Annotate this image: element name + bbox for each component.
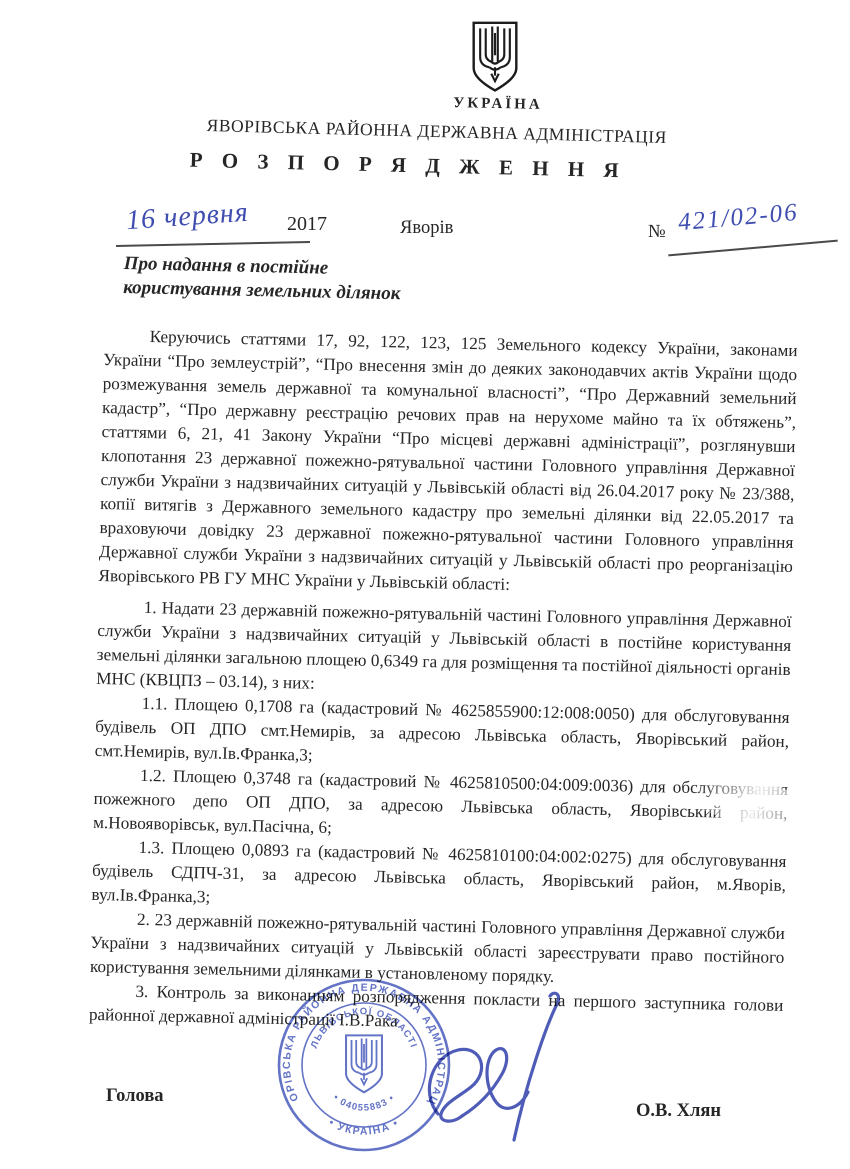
document-city: Яворів bbox=[400, 218, 453, 239]
body-paragraph: Керуючись статтями 17, 92, 122, 123, 125… bbox=[98, 324, 798, 603]
country-label: УКРАЇНА bbox=[437, 95, 559, 115]
stamp-code-text: • 04055883 • bbox=[331, 1092, 397, 1113]
scanned-document-page: УКРАЇНА ЯВОРІВСЬКА РАЙОННА ДЕРЖАВНА АДМІ… bbox=[0, 0, 850, 1169]
document-type-title: Р О З П О Р Я Д Ж Е Н Н Я bbox=[137, 146, 677, 184]
handwritten-number: 421/02-06 bbox=[677, 199, 800, 237]
signer-position-title: Голова bbox=[106, 1086, 164, 1107]
stamp-region-text: ЛЬВІВСЬКОЇ ОБЛАСТІ bbox=[309, 1006, 419, 1050]
number-sign: № bbox=[648, 222, 666, 243]
number-underline bbox=[668, 240, 838, 257]
document-subject: Про надання в постійне користування земе… bbox=[123, 252, 544, 310]
stamp-country-text: • УКРАЇНА • bbox=[327, 1117, 402, 1138]
document-year: 2017 bbox=[287, 213, 327, 236]
stamp-trident-icon bbox=[346, 1035, 382, 1092]
signer-name: О.В. Хлян bbox=[636, 1101, 721, 1122]
body-paragraph: 1. Надати 23 державній пожежно-рятувальн… bbox=[96, 595, 792, 706]
date-underline bbox=[116, 241, 310, 247]
document-body: Керуючись статтями 17, 92, 122, 123, 125… bbox=[89, 324, 798, 1042]
handwritten-signature-icon bbox=[408, 988, 598, 1163]
svg-text:• УКРАЇНА •: • УКРАЇНА • bbox=[327, 1117, 402, 1138]
svg-text:ЛЬВІВСЬКОЇ ОБЛАСТІ: ЛЬВІВСЬКОЇ ОБЛАСТІ bbox=[309, 1006, 419, 1050]
coat-of-arms-icon bbox=[467, 20, 523, 96]
svg-text:• 04055883 •: • 04055883 • bbox=[331, 1092, 397, 1113]
handwritten-date: 16 червня bbox=[125, 197, 250, 237]
organization-name: ЯВОРІВСЬКА РАЙОННА ДЕРЖАВНА АДМІНІСТРАЦІ… bbox=[112, 112, 762, 150]
